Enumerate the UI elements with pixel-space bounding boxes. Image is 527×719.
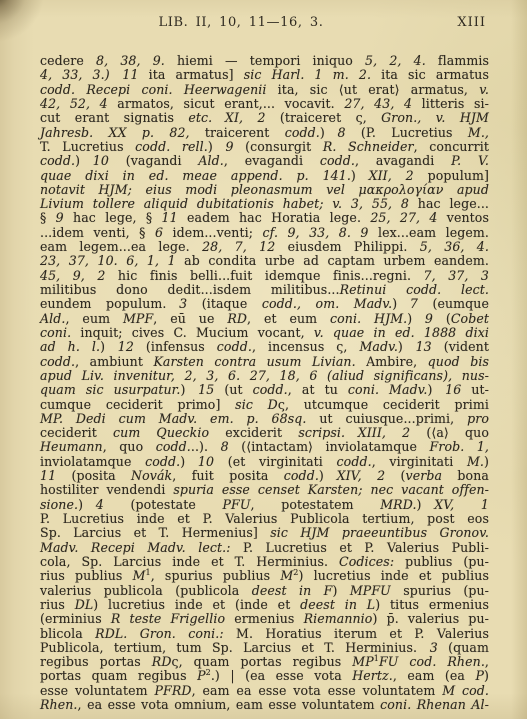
text-segment: 42, 52, 4 bbox=[40, 96, 108, 111]
text-segment: 4, 33, 3.) bbox=[40, 67, 110, 82]
text-segment: 8, 38, 9. bbox=[96, 53, 165, 68]
text-segment: (posita bbox=[56, 468, 131, 483]
text-segment: ceciderit bbox=[40, 425, 113, 440]
text-segment: cedere bbox=[40, 53, 96, 68]
text-line: esse voluntatem PFRD, eam ea esse vota e… bbox=[40, 684, 489, 698]
text-segment: M. bbox=[467, 454, 484, 469]
text-line: portas quam regibus P2.) | (ea esse vota… bbox=[40, 669, 489, 683]
text-segment: coni. Rhenan Al- bbox=[380, 697, 489, 712]
text-segment: ita armatus] bbox=[139, 67, 244, 82]
text-line: 23, 37, 10. 6, 1, 1 ab condita urbe ad c… bbox=[40, 254, 489, 268]
text-line: valerius publicola (publicola deest in F… bbox=[40, 584, 489, 598]
text-segment: ) bbox=[208, 139, 226, 154]
text-line: codd.) 10 (vagandi Ald., evagandi codd.,… bbox=[40, 154, 489, 168]
text-segment: (itaque bbox=[187, 296, 262, 311]
apparatus-text-block: cedere 8, 38, 9. hiemi — tempori iniquo … bbox=[40, 54, 489, 712]
text-line: notavit HJM; eius modi pleonasmum vel μα… bbox=[40, 183, 489, 197]
text-segment bbox=[212, 110, 225, 125]
text-segment: hostiliter vendendi bbox=[40, 482, 173, 497]
text-segment: sic D bbox=[235, 397, 278, 412]
text-segment: Rhen. bbox=[40, 697, 78, 712]
text-segment: notavit HJM; eius modi pleonasmum vel μα… bbox=[40, 182, 489, 197]
text-segment: Jahresb. XX p. 82, bbox=[40, 125, 190, 140]
text-segment: R teste Frigellio bbox=[111, 611, 225, 626]
text-segment: ) lucretius inde et publius bbox=[299, 568, 490, 583]
text-segment: FU cod. Rhen. bbox=[379, 654, 485, 669]
text-segment: , spurius publius bbox=[151, 568, 281, 583]
running-title: LIB. II, 10, 11—16, 3. bbox=[40, 15, 442, 30]
text-line: T. Lucretius codd. rell.) 9 (consurgit R… bbox=[40, 140, 489, 154]
text-segment: (quam bbox=[438, 640, 489, 655]
text-segment: apud Liv. invenitur, 2, 3, 6. 27, 18, 6 … bbox=[40, 368, 489, 383]
text-segment: ) bbox=[181, 382, 199, 397]
text-segment: ..). bbox=[191, 439, 221, 454]
text-segment: 5, 2, 4. bbox=[365, 53, 426, 68]
text-segment: ) bbox=[78, 497, 96, 512]
text-line: blicola RDL. Gron. coni.: M. Horatius it… bbox=[40, 627, 489, 641]
text-line: ad h. l.) 12 (infensus codd., incensus ς… bbox=[40, 340, 489, 354]
text-segment: Retinui codd. lect. bbox=[340, 282, 489, 297]
page-number: XIII bbox=[457, 15, 486, 30]
text-segment: flammis bbox=[426, 53, 489, 68]
text-segment: Livium tollere aliquid dubitationis habe… bbox=[40, 196, 409, 211]
text-segment: codd. bbox=[285, 125, 320, 140]
text-segment: P bbox=[197, 668, 206, 683]
text-segment: rius publius bbox=[40, 568, 133, 583]
text-line: inviolatamque codd.) 10 (et virginitati … bbox=[40, 455, 489, 469]
text-segment: ) bbox=[332, 583, 349, 598]
text-segment: ς, utcumque ceciderit primi bbox=[278, 397, 489, 412]
text-segment: 27, 43, 4 bbox=[344, 96, 412, 111]
text-segment: eadem hac Horatia lege. bbox=[178, 210, 371, 225]
text-segment: ς, quam portas regibus bbox=[172, 654, 353, 669]
text-segment: , potestatem bbox=[251, 497, 381, 512]
text-segment: valerius publicola (publicola bbox=[40, 583, 252, 598]
text-segment: , eam ea esse vota esse voluntatem bbox=[192, 683, 443, 698]
text-segment: RD bbox=[152, 654, 172, 669]
text-line: 45, 9, 2 hic finis belli...fuit idemque … bbox=[40, 269, 489, 283]
text-segment: Cobet bbox=[451, 311, 489, 326]
text-line: Heumann, quo codd...). 8 (⟨intactam⟩ inv… bbox=[40, 440, 489, 454]
text-segment: v. quae in ed. 1888 dixi bbox=[314, 325, 489, 340]
text-segment: , concurrit bbox=[414, 139, 489, 154]
text-segment bbox=[345, 425, 358, 440]
text-segment: Gron., v. HJM bbox=[381, 110, 489, 125]
text-segment: ) bbox=[180, 454, 198, 469]
text-segment: 4 bbox=[96, 497, 104, 512]
text-line: MP. Dedi cum Madv. em. p. 68sq. ut cuius… bbox=[40, 412, 489, 426]
text-segment: MPF bbox=[123, 311, 153, 326]
text-segment: scripsi. bbox=[298, 425, 345, 440]
text-segment: cf. 9, 33, 8. 9 bbox=[263, 225, 369, 240]
text-line: militibus dono dedit...isdem militibus..… bbox=[40, 283, 489, 297]
text-segment: quod bis bbox=[428, 354, 489, 369]
text-segment: deest in L bbox=[300, 597, 375, 612]
text-line: cumque ceciderit primo] sic Dς, utcumque… bbox=[40, 398, 489, 412]
text-line: 4, 33, 3.) 11 ita armatus] sic Harl. 1 m… bbox=[40, 68, 489, 82]
text-segment: Heumann bbox=[40, 439, 103, 454]
text-segment: ventos bbox=[437, 210, 489, 225]
text-segment: 8 bbox=[338, 125, 346, 140]
text-segment: T. Lucretius bbox=[40, 139, 135, 154]
text-segment: ( bbox=[433, 311, 451, 326]
text-segment: esse voluntatem bbox=[40, 683, 155, 698]
text-segment: , virginitati bbox=[372, 454, 467, 469]
text-segment: coni. bbox=[40, 325, 71, 340]
text-line: rius DL) lucretius inde et (inde et dees… bbox=[40, 598, 489, 612]
text-segment: 23, 37, 10. 6, 1, 1 bbox=[40, 253, 176, 268]
text-segment: ) bbox=[398, 339, 416, 354]
text-segment: 13 bbox=[416, 339, 432, 354]
text-segment: ut- bbox=[461, 382, 489, 397]
text-line: 11 (posita Novák, fuit posita codd.) XIV… bbox=[40, 469, 489, 483]
text-segment: , ea esse vota omnium, eam esse voluntat… bbox=[78, 697, 381, 712]
text-segment: DL bbox=[75, 597, 94, 612]
text-line: quam sic usurpatur.) 15 (ut codd., at tu… bbox=[40, 383, 489, 397]
text-segment: lex...eam legem. bbox=[369, 225, 489, 240]
text-line: codd. Recepi coni. Heerwagenii ita, sic … bbox=[40, 83, 489, 97]
text-line: Livium tollere aliquid dubitationis habe… bbox=[40, 197, 489, 211]
text-segment: XV, 1 bbox=[434, 497, 489, 512]
text-segment: ) bbox=[320, 125, 338, 140]
scanned-book-page: LIB. II, 10, 11—16, 3. XIII cedere 8, 38… bbox=[0, 0, 527, 719]
text-line: 42, 52, 4 armatos, sicut erant,... vocav… bbox=[40, 97, 489, 111]
text-segment: , eam (ea bbox=[393, 668, 476, 683]
text-segment: inquit; cives C. Mucium vocant, bbox=[71, 325, 314, 340]
text-segment: 8 bbox=[221, 439, 229, 454]
text-segment: , eum bbox=[66, 311, 123, 326]
text-segment: inviolatamque bbox=[40, 454, 145, 469]
text-segment: (⟨intactam⟩ inviolatamque bbox=[229, 439, 430, 454]
text-segment: M bbox=[133, 568, 146, 583]
text-segment: hac lege... bbox=[409, 196, 489, 211]
text-line: Sp. Larcius et T. Hermenius] sic HJM pra… bbox=[40, 526, 489, 540]
text-segment: MRD. bbox=[380, 497, 416, 512]
text-segment: 11 bbox=[162, 210, 178, 225]
text-segment: cut erant signatis bbox=[40, 110, 188, 125]
text-segment: bona bbox=[442, 468, 489, 483]
text-line: ceciderit cum Queckio exciderit scripsi.… bbox=[40, 426, 489, 440]
text-segment: , bbox=[485, 654, 489, 669]
text-segment: (traiceret ς, bbox=[266, 110, 382, 125]
text-segment: idem...venti; bbox=[163, 225, 262, 240]
text-segment: , ambiunt bbox=[75, 354, 153, 369]
text-segment: P. V. bbox=[451, 153, 489, 168]
text-segment: codd. bbox=[320, 153, 355, 168]
text-segment: coni. HJM. bbox=[330, 311, 407, 326]
text-segment: , fuit posita bbox=[172, 468, 284, 483]
text-line: hostiliter vendendi spuria esse censet K… bbox=[40, 483, 489, 497]
text-segment: spurius (pu- bbox=[391, 583, 489, 598]
text-segment: P bbox=[475, 668, 484, 683]
text-segment: (erminius bbox=[40, 611, 111, 626]
text-segment: ) bbox=[392, 296, 410, 311]
text-segment: ...idem venti, § bbox=[40, 225, 155, 240]
text-segment: 16 bbox=[445, 382, 461, 397]
text-segment: hac lege, § bbox=[64, 210, 162, 225]
text-segment: 3 bbox=[430, 640, 438, 655]
text-segment: 11 bbox=[40, 468, 56, 483]
text-segment: M., bbox=[468, 125, 489, 140]
text-segment: litteris si- bbox=[412, 96, 489, 111]
text-line: Rhen., ea esse vota omnium, eam esse vol… bbox=[40, 698, 489, 712]
text-segment: , evagandi bbox=[224, 153, 320, 168]
text-segment: .) | (ea esse vota bbox=[211, 668, 352, 683]
text-segment: 7, 37, 3 bbox=[424, 268, 489, 283]
text-segment: cumque ceciderit primo] bbox=[40, 397, 235, 412]
text-segment: XII, 2 bbox=[369, 168, 414, 183]
text-segment: (⟨a⟩ quo bbox=[410, 425, 489, 440]
text-segment: 45, 9, 2 bbox=[40, 268, 105, 283]
text-segment: armatos, sicut erant,... vocavit. bbox=[108, 96, 345, 111]
text-segment: blicola bbox=[40, 626, 95, 641]
text-segment: codd., om. Madv. bbox=[262, 296, 392, 311]
text-segment: 28, 7, 12 bbox=[202, 239, 275, 254]
text-segment: eam legem...ea lege. bbox=[40, 239, 202, 254]
text-segment: PFU bbox=[222, 497, 250, 512]
text-line: coni. inquit; cives C. Mucium vocant, v.… bbox=[40, 326, 489, 340]
text-segment: hiemi — tempori iniquo bbox=[165, 53, 365, 68]
text-segment: codd. Recepi coni. Heerwagenii bbox=[40, 82, 267, 97]
text-segment: ) bbox=[407, 311, 425, 326]
text-segment: P. Lucretius et P. Valerius Publi- bbox=[231, 540, 489, 555]
text-segment: 5, 36, 4. bbox=[420, 239, 489, 254]
text-segment: sic HJM praeeuntibus Gronov. bbox=[270, 525, 489, 540]
text-segment: spuria esse censet Karsten; nec vacant o… bbox=[173, 482, 489, 497]
text-segment: Publicola, tertium, tum Sp. Larcius et T… bbox=[40, 640, 430, 655]
text-segment: codd. bbox=[145, 454, 180, 469]
text-segment: 9 bbox=[225, 139, 233, 154]
text-segment: Madv. bbox=[359, 339, 397, 354]
text-segment: Madv. Recepi Madv. lect.: bbox=[40, 540, 231, 555]
text-segment: quae dixi in ed. meae append. p. 141. bbox=[40, 168, 351, 183]
page-header: LIB. II, 10, 11—16, 3. XIII bbox=[40, 15, 488, 33]
text-line: eundem populum. 3 (itaque codd., om. Mad… bbox=[40, 297, 489, 311]
text-segment: R. Schneider bbox=[323, 139, 414, 154]
text-segment: cola, Sp. Larcius inde et T. Herminius. bbox=[40, 554, 339, 569]
text-segment: (infensus bbox=[134, 339, 217, 354]
text-segment: Ald. bbox=[198, 153, 224, 168]
text-segment: (vident bbox=[432, 339, 489, 354]
text-segment: 9 bbox=[56, 210, 64, 225]
text-segment: 7 bbox=[410, 296, 418, 311]
text-segment: regibus portas bbox=[40, 654, 152, 669]
text-segment: 15 bbox=[198, 382, 214, 397]
text-segment: MP. Dedi cum Madv. em. p. 68sq. bbox=[40, 411, 306, 426]
text-segment: ermenius bbox=[225, 611, 303, 626]
text-segment: MPFU bbox=[350, 583, 391, 598]
text-segment: (consurgit bbox=[234, 139, 323, 154]
text-segment: ) bbox=[484, 454, 489, 469]
text-segment: portas quam regibus bbox=[40, 668, 197, 683]
text-segment: M. Horatius iterum et P. Valerius bbox=[224, 626, 489, 641]
text-segment: Karsten contra usum Livian. bbox=[153, 354, 355, 369]
text-segment: , at tu bbox=[288, 382, 348, 397]
text-segment: ) lucretius inde et (inde et bbox=[93, 597, 300, 612]
text-line: § 9 hac lege, § 11 eadem hac Horatia leg… bbox=[40, 211, 489, 225]
text-segment: etc. bbox=[188, 110, 212, 125]
text-segment: Frob. 1, bbox=[430, 439, 489, 454]
text-segment: codd. bbox=[217, 339, 252, 354]
text-line: cedere 8, 38, 9. hiemi — tempori iniquo … bbox=[40, 54, 489, 68]
text-segment: , avagandi bbox=[355, 153, 451, 168]
text-segment: codd. bbox=[253, 382, 288, 397]
text-line: Jahresb. XX p. 82, traicerent codd.) 8 (… bbox=[40, 126, 489, 140]
text-segment: eundem populum. bbox=[40, 296, 179, 311]
text-segment: (eumque bbox=[418, 296, 489, 311]
text-segment: (et virginitati bbox=[214, 454, 336, 469]
text-segment: 10 bbox=[198, 454, 214, 469]
text-segment: (potestate bbox=[104, 497, 223, 512]
text-segment: (vagandi bbox=[109, 153, 198, 168]
text-segment: codd. rell. bbox=[135, 139, 208, 154]
text-segment: 11 bbox=[122, 67, 138, 82]
text-segment: ) p̄. valerius pu- bbox=[372, 611, 489, 626]
text-segment: M cod. bbox=[442, 683, 489, 698]
text-segment: codd. bbox=[284, 468, 319, 483]
text-segment: quam sic usurpatur. bbox=[40, 382, 181, 397]
text-segment: 9 bbox=[425, 311, 433, 326]
text-segment: codd. bbox=[156, 439, 191, 454]
text-segment: ) bbox=[100, 339, 118, 354]
text-segment: ) bbox=[428, 382, 446, 397]
text-line: quae dixi in ed. meae append. p. 141.) X… bbox=[40, 169, 489, 183]
text-segment: RD bbox=[227, 311, 247, 326]
text-segment: Hertz. bbox=[352, 668, 393, 683]
text-segment: 10 bbox=[93, 153, 109, 168]
text-segment: coni. Madv. bbox=[348, 382, 428, 397]
text-segment bbox=[110, 67, 123, 82]
text-line: eam legem...ea lege. 28, 7, 12 eiusdem P… bbox=[40, 240, 489, 254]
text-segment: populum] bbox=[414, 168, 489, 183]
text-segment: eiusdem Philippi. bbox=[275, 239, 419, 254]
text-segment: PFRD bbox=[155, 683, 192, 698]
text-segment: cum Queckio bbox=[113, 425, 209, 440]
text-segment: publius (pu- bbox=[394, 554, 489, 569]
text-segment: sione. bbox=[40, 497, 78, 512]
text-segment: ab condita urbe ad captam urbem eandem. bbox=[176, 253, 489, 268]
text-line: sione.) 4 (potestate PFU, potestatem MRD… bbox=[40, 498, 489, 512]
text-segment: Codices: bbox=[339, 554, 394, 569]
text-segment: ita sic armatus bbox=[371, 67, 489, 82]
text-segment: hic finis belli...fuit idemque finis...r… bbox=[105, 268, 423, 283]
text-segment: codd. bbox=[337, 454, 372, 469]
text-segment: 25, 27, 4 bbox=[370, 210, 437, 225]
text-line: codd., ambiunt Karsten contra usum Livia… bbox=[40, 355, 489, 369]
text-segment: deest in F bbox=[252, 583, 333, 598]
text-segment: MP bbox=[352, 654, 374, 669]
text-line: P. Lucretius inde et P. Valerius Publico… bbox=[40, 512, 489, 526]
text-segment: XIV, 2 bbox=[337, 468, 386, 483]
text-segment: v. bbox=[479, 82, 489, 97]
text-segment: codd. bbox=[40, 153, 75, 168]
text-segment: ( bbox=[385, 468, 405, 483]
text-segment: XIII, 2 bbox=[358, 425, 411, 440]
text-segment: (P. Lucretius bbox=[346, 125, 468, 140]
text-segment: ) bbox=[417, 497, 435, 512]
text-segment: ) titus ermenius bbox=[375, 597, 489, 612]
text-segment: , quo bbox=[103, 439, 156, 454]
text-segment: sic Harl. 1 m. 2. bbox=[244, 67, 371, 82]
text-segment: M bbox=[280, 568, 293, 583]
text-segment: Riemannio bbox=[304, 611, 373, 626]
text-line: rius publius M1, spurius publius M2) luc… bbox=[40, 569, 489, 583]
text-segment: § bbox=[40, 210, 56, 225]
text-segment: ita, sic ⟨ut erat⟩ armatus, bbox=[267, 82, 480, 97]
text-segment: ) bbox=[319, 468, 337, 483]
text-line: (erminius R teste Frigellio ermenius Rie… bbox=[40, 612, 489, 626]
text-segment: 12 bbox=[118, 339, 134, 354]
text-segment: ) bbox=[75, 153, 93, 168]
text-segment: (ut bbox=[214, 382, 252, 397]
text-segment: Sp. Larcius et T. Hermenius] bbox=[40, 525, 270, 540]
text-line: Madv. Recepi Madv. lect.: P. Lucretius e… bbox=[40, 541, 489, 555]
text-segment: , eū ue bbox=[153, 311, 227, 326]
text-line: apud Liv. invenitur, 2, 3, 6. 27, 18, 6 … bbox=[40, 369, 489, 383]
text-line: cut erant signatis etc. XI, 2 (traiceret… bbox=[40, 111, 489, 125]
text-segment: XI, 2 bbox=[225, 110, 266, 125]
text-segment: RDL. Gron. coni.: bbox=[95, 626, 224, 641]
text-segment: , et eum bbox=[247, 311, 330, 326]
text-segment: , incensus ς, bbox=[252, 339, 360, 354]
text-line: ...idem venti, § 6 idem...venti; cf. 9, … bbox=[40, 226, 489, 240]
text-segment: P. Lucretius inde et P. Valerius Publico… bbox=[40, 511, 489, 526]
text-line: Ald., eum MPF, eū ue RD, et eum coni. HJ… bbox=[40, 312, 489, 326]
text-segment: militibus dono dedit...isdem militibus..… bbox=[40, 282, 340, 297]
text-segment: Ald. bbox=[40, 311, 66, 326]
text-segment: 6 bbox=[155, 225, 163, 240]
text-segment: traicerent bbox=[190, 125, 285, 140]
text-segment: pro bbox=[467, 411, 489, 426]
text-segment: ut cuiusque...primi, bbox=[306, 411, 467, 426]
text-segment: ) bbox=[351, 168, 369, 183]
text-line: Publicola, tertium, tum Sp. Larcius et T… bbox=[40, 641, 489, 655]
text-segment: verba bbox=[406, 468, 443, 483]
text-segment: ad h. l. bbox=[40, 339, 100, 354]
text-segment: Novák bbox=[131, 468, 172, 483]
text-segment: codd. bbox=[40, 354, 75, 369]
text-segment: ) bbox=[484, 668, 489, 683]
text-segment: rius bbox=[40, 597, 75, 612]
text-segment: Ambire, bbox=[356, 354, 428, 369]
text-segment: exciderit bbox=[209, 425, 298, 440]
